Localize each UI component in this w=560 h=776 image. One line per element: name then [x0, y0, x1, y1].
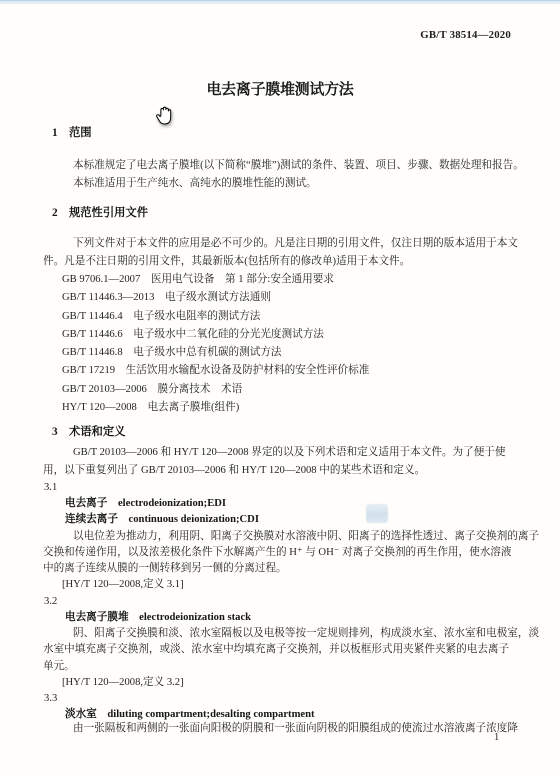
- reference-line: HY/T 120—2008 电去离子膜堆(组件): [62, 401, 239, 414]
- section-heading: 1 范围: [52, 127, 92, 140]
- clause-number: 3.1: [44, 481, 57, 494]
- source-bracket-line: [HY/T 120—2008,定义 3.2]: [62, 676, 184, 689]
- reference-line: GB/T 11446.8 电子级水中总有机碳的测试方法: [62, 346, 282, 359]
- watermark-smudge: [366, 504, 388, 523]
- page[interactable]: { "page": { "header": "GB/T 38514—2020",…: [0, 0, 560, 776]
- reference-line: GB/T 17219 生活饮用水输配水设备及防护材料的安全性评价标准: [62, 364, 369, 377]
- body-line: 下列文件对于本文件的应用是必不可少的。凡是注日期的引用文件，仅注日期的版本适用于…: [73, 237, 518, 250]
- reference-line: GB 9706.1—2007 医用电气设备 第 1 部分:安全通用要求: [62, 273, 334, 286]
- body-line: 用，以下重复列出了 GB/T 20103—2006 和 HY/T 120—200…: [43, 464, 425, 477]
- term-line: 电去离子膜堆 electrodeionization stack: [65, 611, 251, 624]
- viewer-top-strip: [0, 0, 560, 4]
- body-line: 本标准规定了电去离子膜堆(以下简称“膜堆”)测试的条件、装置、项目、步骤、数据处…: [73, 159, 524, 172]
- body-line: 件。凡是不注日期的引用文件，其最新版本(包括所有的修改单)适用于本文件。: [43, 255, 410, 268]
- body-line: 水室中填充离子交换剂，或淡、浓水室中均填充离子交换剂，并以板框形式用夹紧件夹紧的…: [43, 643, 509, 656]
- body-line: 以电位差为推动力，利用阴、阳离子交换膜对水溶液中阴、阳离子的选择性透过、离子交换…: [73, 530, 539, 543]
- body-line: GB/T 20103—2006 和 HY/T 120—2008 界定的以及下列术…: [73, 446, 505, 459]
- term-line: 淡水室 diluting compartment;desalting compa…: [65, 708, 315, 721]
- body-line: 单元。: [43, 660, 75, 673]
- body-line: 由一张隔板和两侧的一张面向阳极的阴膜和一张面向阴极的阳膜组成的使流过水溶液离子浓…: [73, 722, 518, 735]
- term-line: 电去离子 electrodeionization;EDI: [65, 497, 226, 510]
- body-line: 中的离子连续从膜的一侧转移到另一侧的分离过程。: [43, 562, 287, 575]
- reference-line: GB/T 11446.3—2013 电子级水测试方法通则: [62, 291, 271, 304]
- body-line: 阴、阳离子交换膜和淡、浓水室隔板以及电极等按一定规则排列，构成淡水室、浓水室和电…: [73, 627, 539, 640]
- clause-number: 3.3: [44, 692, 57, 705]
- body-line: 交换和传递作用，以及浓差极化条件下水解离产生的 H⁺ 与 OH⁻ 对离子交换剂的…: [43, 546, 511, 559]
- standard-number-header: GB/T 38514—2020: [420, 29, 511, 41]
- term-line: 连续去离子 continuous deionization;CDI: [65, 513, 259, 526]
- reference-line: GB/T 11446.4 电子级水电阻率的测试方法: [62, 310, 260, 323]
- clause-number: 3.2: [44, 595, 57, 608]
- grab-hand-cursor-icon: [150, 100, 180, 132]
- reference-line: GB/T 11446.6 电子级水中二氧化硅的分光光度测试方法: [62, 328, 324, 341]
- body-line: 本标准适用于生产纯水、高纯水的膜堆性能的测试。: [73, 177, 317, 190]
- document-title: 电去离子膜堆测试方法: [0, 78, 560, 99]
- source-bracket-line: [HY/T 120—2008,定义 3.1]: [62, 578, 184, 591]
- section-heading: 3 术语和定义: [52, 426, 125, 439]
- page-number: 1: [494, 732, 499, 743]
- section-heading: 2 规范性引用文件: [52, 207, 148, 220]
- reference-line: GB/T 20103—2006 膜分离技术 术语: [62, 383, 242, 396]
